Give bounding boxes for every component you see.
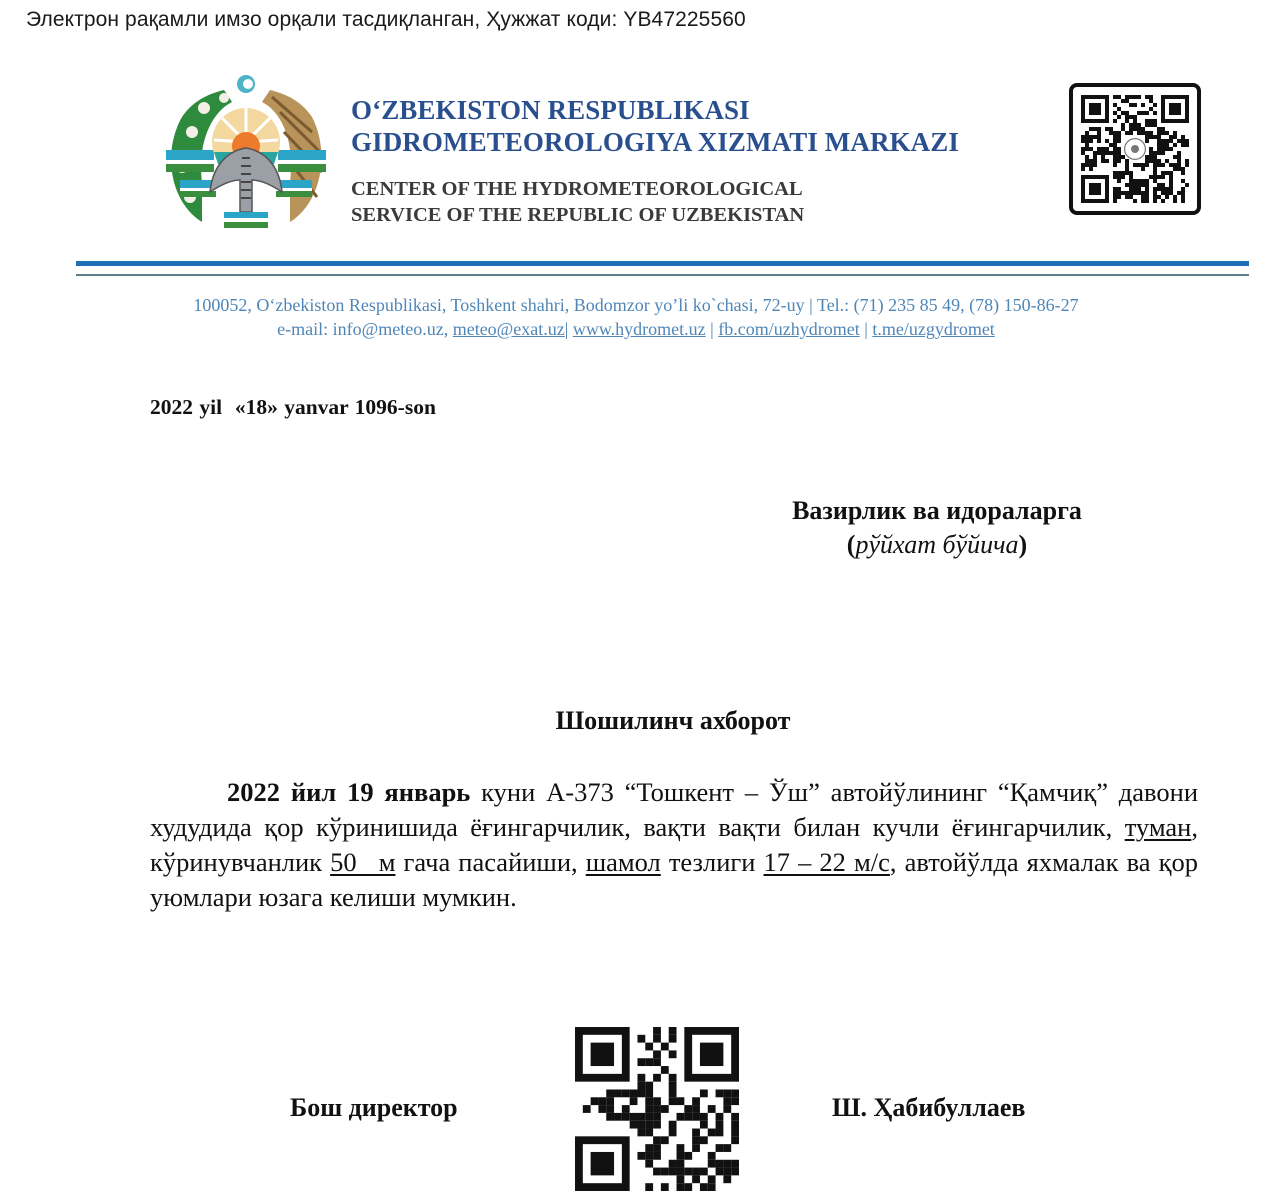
uzbekistan-coat-of-arms-icon xyxy=(162,72,330,242)
body-underline-wind: шамол xyxy=(586,847,661,877)
body-underline-speed: 17 – 22 м/с xyxy=(764,847,890,877)
email-label: e-mail: info@meteo.uz, xyxy=(277,319,453,339)
body-text-part: тезлиги xyxy=(661,847,764,877)
addressee: Вазирлик ва идораларга (рўйхат бўйича) xyxy=(760,494,1114,562)
body-date: 2022 йил 19 январь xyxy=(227,777,470,807)
header-rule-thick xyxy=(76,261,1249,266)
organization-name: O‘ZBEKISTON RESPUBLIKASI GIDROMETEOROLOG… xyxy=(351,94,959,228)
signatory-name: Ш. Ҳабибуллаев xyxy=(832,1093,1025,1123)
separator: | xyxy=(706,319,719,339)
org-name-en-line2: SERVICE OF THE REPUBLIC OF UZBEKISTAN xyxy=(351,202,959,228)
signatory-position: Бош директор xyxy=(290,1093,458,1123)
signature-qr-code-icon xyxy=(575,1027,739,1191)
qr-code-icon xyxy=(1081,95,1189,203)
separator: | xyxy=(860,319,873,339)
addressee-note: рўйхат бўйича xyxy=(855,530,1018,559)
org-name-uz-line1: O‘ZBEKISTON RESPUBLIKASI xyxy=(351,94,959,126)
addressee-line2: (рўйхат бўйича) xyxy=(760,528,1114,562)
document-title: Шошилинч ахборот xyxy=(0,706,1280,736)
document-body: 2022 йил 19 январь куни А-373 “Тошкент –… xyxy=(150,775,1198,915)
contact-links: e-mail: info@meteo.uz, meteo@exat.uz| ww… xyxy=(0,317,1276,341)
header-rule-thin xyxy=(76,274,1249,276)
website-link[interactable]: www.hydromet.uz xyxy=(573,319,706,339)
org-name-uz-line2: GIDROMETEOROLOGIYA XIZMATI MARKAZI xyxy=(351,126,959,158)
contact-address: 100052, O‘zbekiston Respublikasi, Toshke… xyxy=(0,293,1276,317)
body-text-part: гача пасайиши, xyxy=(395,847,585,877)
body-underline-fog: туман xyxy=(1125,812,1192,842)
reference-text: 2022 yil «18» yanvar 1096-son xyxy=(150,395,436,419)
telegram-link[interactable]: t.me/uzgydromet xyxy=(872,319,994,339)
e-signature-banner: Электрон рақамли имзо орқали тасдиқланга… xyxy=(26,8,746,32)
letterhead-qr xyxy=(1069,83,1201,215)
paren-close: ) xyxy=(1019,530,1028,559)
body-underline-visibility: 50 м xyxy=(330,847,395,877)
org-name-en-line1: CENTER OF THE HYDROMETEOROLOGICAL xyxy=(351,176,959,202)
separator: | xyxy=(565,319,573,339)
document-reference: 2022 yil «18» yanvar 1096-son xyxy=(150,395,436,420)
addressee-line1: Вазирлик ва идораларга xyxy=(760,494,1114,528)
email-link[interactable]: meteo@exat.uz xyxy=(453,319,565,339)
facebook-link[interactable]: fb.com/uzhydromet xyxy=(718,319,859,339)
